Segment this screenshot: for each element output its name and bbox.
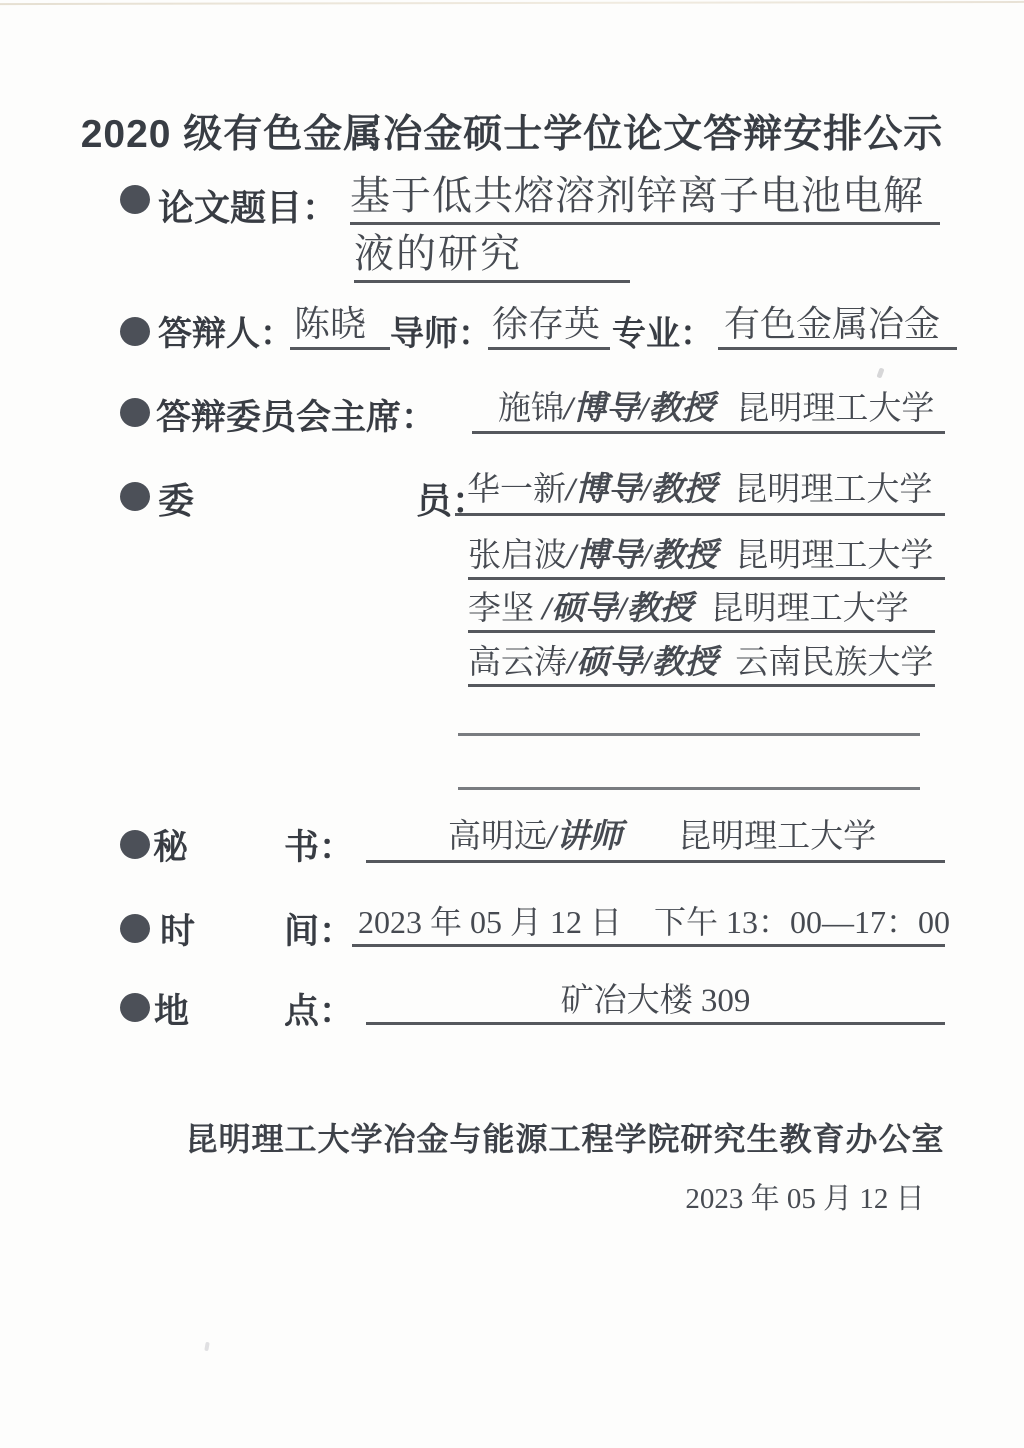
member-affiliation: 昆明理工大学 [735, 538, 933, 574]
scanned-notice-page: 2020 级有色金属冶金硕士学位论文答辩安排公示 论文题目： 基于低共熔溶剂锌离… [0, 0, 1024, 1448]
member-name: 高云涛 [468, 645, 567, 681]
secretary-affiliation: 昆明理工大学 [678, 819, 876, 855]
location-label-char2: 点： [284, 984, 354, 1034]
empty-member-line [458, 787, 920, 790]
member-title: /硕导/教授 [567, 645, 717, 681]
secretary-value: 高明远/讲师昆明理工大学 [366, 816, 945, 863]
member-title: /硕导/教授 [534, 591, 693, 627]
scan-speck [876, 367, 884, 378]
member-name: 李坚 [468, 591, 534, 627]
member-title: /博导/教授 [567, 538, 717, 574]
chair-title: /博导/教授 [564, 391, 714, 427]
committee-member-row: 张启波/博导/教授昆明理工大学 [468, 536, 945, 580]
major-value: 有色金属冶金 [718, 302, 957, 350]
member-affiliation: 云南民族大学 [735, 645, 933, 681]
document-title: 2020 级有色金属冶金硕士学位论文答辩安排公示 [0, 103, 1024, 159]
thesis-title-line1: 基于低共熔溶剂锌离子电池电解 [350, 168, 940, 225]
scan-speck [204, 1342, 210, 1352]
bullet-icon [120, 185, 150, 214]
bullet-icon [120, 830, 150, 859]
secretary-label-char2: 书： [284, 820, 354, 870]
secretary-label-char1: 秘 [153, 820, 188, 870]
chair-label: 答辩委员会主席： [156, 390, 436, 440]
location-value: 矿冶大楼 309 [366, 981, 945, 1025]
committee-label-char1: 委 [158, 473, 194, 524]
chair-name: 施锦 [498, 391, 564, 427]
time-label-char2: 间： [284, 904, 354, 954]
major-label: 专业： [612, 306, 714, 355]
committee-member-row: 华一新/博导/教授昆明理工大学 [455, 468, 945, 516]
secretary-title: /讲师 [547, 819, 622, 855]
advisor-label: 导师： [390, 306, 492, 355]
bullet-icon [120, 482, 150, 511]
bullet-icon [120, 993, 150, 1022]
chair-affiliation: 昆明理工大学 [736, 391, 934, 427]
advisor-value: 徐存英 [488, 302, 610, 350]
defender-label: 答辩人： [158, 306, 294, 355]
member-affiliation: 昆明理工大学 [711, 591, 909, 627]
bullet-icon [120, 914, 150, 943]
secretary-name: 高明远 [448, 819, 547, 855]
issuing-organization: 昆明理工大学冶金与能源工程学院研究生教育办公室 [170, 1114, 960, 1160]
bullet-icon [120, 398, 150, 427]
member-affiliation: 昆明理工大学 [734, 472, 932, 508]
thesis-title-label: 论文题目： [158, 180, 338, 231]
member-title: /博导/教授 [566, 472, 716, 508]
member-name: 华一新 [467, 472, 566, 508]
thesis-title-line2: 液的研究 [354, 226, 630, 283]
empty-member-line [458, 733, 920, 736]
time-value: 2023 年 05 月 12 日 下午 13：00—17：00 [352, 901, 945, 947]
committee-member-row: 李坚 /硕导/教授昆明理工大学 [468, 590, 935, 633]
chair-value: 施锦/博导/教授昆明理工大学 [472, 388, 945, 434]
defender-value: 陈晓 [290, 302, 390, 350]
committee-member-row: 高云涛/硕导/教授云南民族大学 [468, 644, 935, 687]
bullet-icon [120, 317, 150, 346]
time-label-char1: 时 [160, 904, 195, 954]
location-label-char1: 地 [154, 984, 189, 1034]
member-name: 张启波 [468, 538, 567, 574]
issue-date: 2023 年 05 月 12 日 [660, 1176, 950, 1217]
scan-edge-artifact [0, 1, 1024, 5]
